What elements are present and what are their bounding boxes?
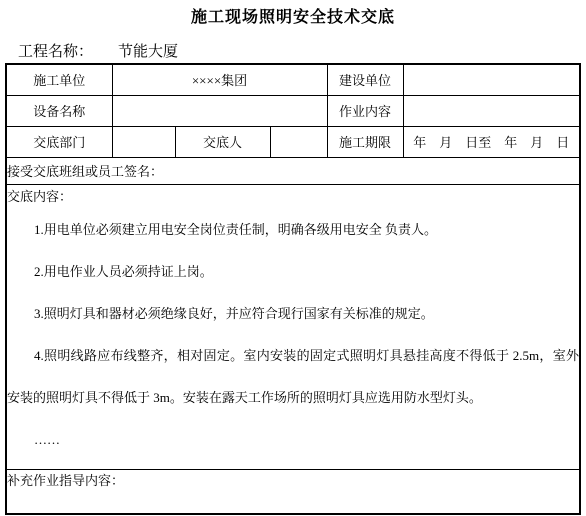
row-construction-unit: 施工单位 ××××集团 建设单位: [6, 64, 580, 95]
disclosure-content-label: 交底内容：: [7, 185, 579, 209]
project-name-value: 节能大厦: [118, 44, 178, 60]
project-name-line: 工程名称：节能大厦: [18, 40, 178, 61]
work-content-label: 作业内容: [327, 95, 403, 126]
signature-label: 接受交底班组或员工签名：: [6, 157, 580, 184]
row-disclosure-info: 交底部门 交底人 施工期限 年 月 日至 年 月 日: [6, 126, 580, 157]
disclosure-item-3: 3.照明灯具和器材必须绝缘良好，并应符合现行国家有关标准的规定。: [7, 293, 579, 335]
row-equipment: 设备名称 作业内容: [6, 95, 580, 126]
work-content-value-blank: [403, 95, 580, 126]
row-disclosure-content: 交底内容： 1.用电单位必须建立用电安全岗位责任制，明确各级用电安全 负责人。 …: [6, 184, 580, 469]
equipment-name-value-blank: [112, 95, 327, 126]
supplement-label: 补充作业指导内容：: [6, 469, 580, 514]
row-signature: 接受交底班组或员工签名：: [6, 157, 580, 184]
construction-period-value: 年 月 日至 年 月 日: [403, 126, 580, 157]
disclosing-dept-label: 交底部门: [6, 126, 112, 157]
discloser-label: 交底人: [175, 126, 270, 157]
equipment-name-label: 设备名称: [6, 95, 112, 126]
disclosure-item-4: 4.照明线路应布线整齐，相对固定。室内安装的固定式照明灯具悬挂高度不得低于 2.…: [7, 335, 579, 419]
disclosure-content-cell: 交底内容： 1.用电单位必须建立用电安全岗位责任制，明确各级用电安全 负责人。 …: [6, 184, 580, 469]
construction-unit-value: ××××集团: [112, 64, 327, 95]
document-page: 施工现场照明安全技术交底 工程名称：节能大厦 施工单位 ××××集团 建设单位 …: [0, 0, 586, 516]
disclosure-ellipsis: ……: [7, 419, 579, 461]
disclosing-dept-value-blank: [112, 126, 175, 157]
client-unit-value-blank: [403, 64, 580, 95]
discloser-value-blank: [270, 126, 327, 157]
document-title: 施工现场照明安全技术交底: [0, 4, 586, 27]
row-supplement: 补充作业指导内容：: [6, 469, 580, 514]
disclosure-item-2: 2.用电作业人员必须持证上岗。: [7, 251, 579, 293]
construction-unit-label: 施工单位: [6, 64, 112, 95]
disclosure-form-table: 施工单位 ××××集团 建设单位 设备名称 作业内容 交底部门 交底人 施工期限…: [5, 63, 581, 515]
project-name-label: 工程名称：: [18, 44, 93, 60]
client-unit-label: 建设单位: [327, 64, 403, 95]
construction-period-label: 施工期限: [327, 126, 403, 157]
disclosure-item-1: 1.用电单位必须建立用电安全岗位责任制，明确各级用电安全 负责人。: [7, 209, 579, 251]
